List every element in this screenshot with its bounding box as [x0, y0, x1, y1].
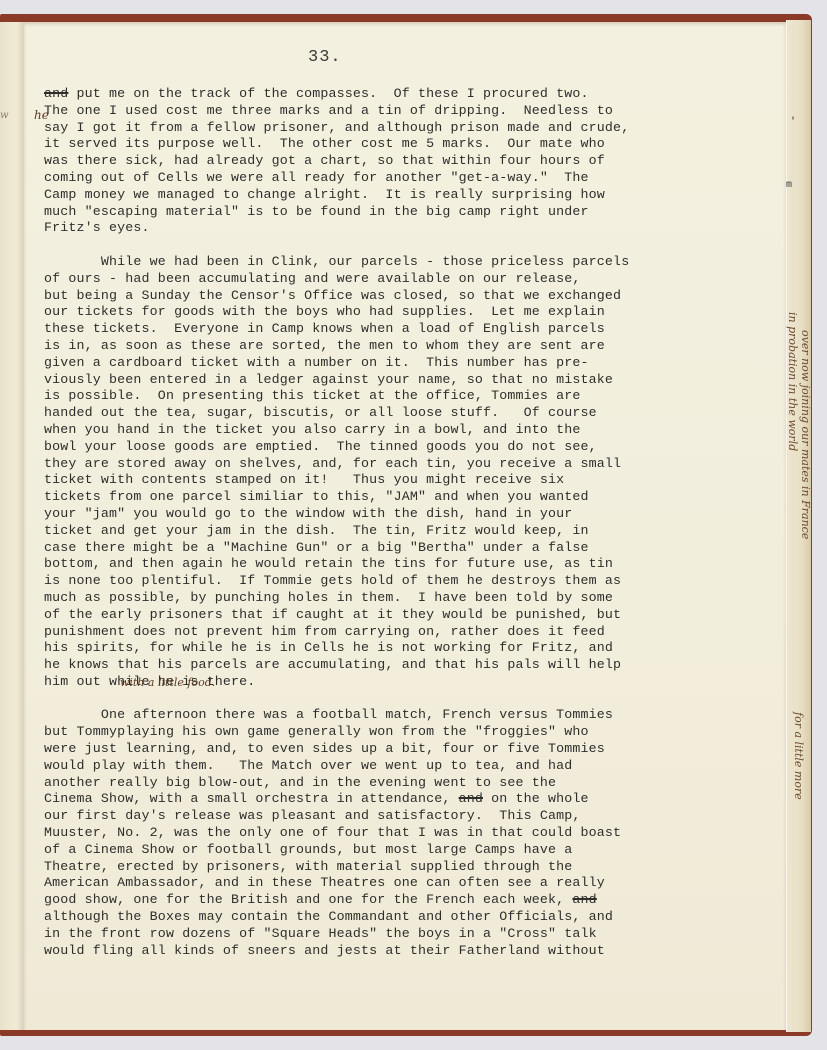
text-line: our first day's release was pleasant and… — [44, 808, 744, 825]
left-edge-mark: w — [0, 110, 9, 121]
text-line: say I got it from a fellow prisoner, and… — [44, 120, 744, 137]
text-line: these tickets. Everyone in Camp knows wh… — [44, 321, 744, 338]
text-line: American Ambassador, and in these Theatr… — [44, 875, 744, 892]
text-line: ticket and get your jam in the dish. The… — [44, 523, 744, 540]
struck-word: and — [459, 791, 483, 806]
text-line: of the early prisoners that if caught at… — [44, 607, 744, 624]
text-line: our tickets for goods with the boys who … — [44, 304, 744, 321]
text-line: another really big blow-out, and in the … — [44, 775, 744, 792]
text-line: While we had been in Clink, our parcels … — [44, 254, 744, 271]
handwritten-insertion: with a little food. — [120, 676, 215, 689]
text-line: is none too plentiful. If Tommie gets ho… — [44, 573, 744, 590]
text-line: but Tommyplaying his own game generally … — [44, 724, 744, 741]
text-line: it served its purpose well. The other co… — [44, 136, 744, 153]
text-line: ticket with contents stamped on it! Thus… — [44, 472, 744, 489]
right-margin-handwriting: in probation in the world — [786, 312, 799, 451]
text-line: would fling all kinds of sneers and jest… — [44, 943, 744, 960]
text-line: Camp money we managed to change alright.… — [44, 187, 744, 204]
text-line: tickets from one parcel similiar to this… — [44, 489, 744, 506]
text-line: The one I used cost me three marks and a… — [44, 103, 744, 120]
text-line: good show, one for the British and one f… — [44, 892, 744, 909]
text-line: of a Cinema Show or football grounds, bu… — [44, 842, 744, 859]
text-line: in the front row dozens of "Square Heads… — [44, 926, 744, 943]
struck-word: and — [572, 892, 596, 907]
paragraph-gap — [44, 691, 744, 708]
text-line: is possible. On presenting this ticket a… — [44, 388, 744, 405]
text-line: bowl your loose goods are emptied. The t… — [44, 439, 744, 456]
text-line: viously been entered in a ledger against… — [44, 372, 744, 389]
text-line: bottom, and then again he would retain t… — [44, 556, 744, 573]
text-line: when you hand in the ticket you also car… — [44, 422, 744, 439]
text-line: One afternoon there was a football match… — [44, 707, 744, 724]
text-line: and put me on the track of the compasses… — [44, 86, 744, 103]
text-line: case there might be a "Machine Gun" or a… — [44, 540, 744, 557]
right-margin-handwriting: for a little more — [792, 712, 805, 800]
text-line: given a cardboard ticket with a number o… — [44, 355, 744, 372]
typed-body: and put me on the track of the compasses… — [44, 86, 744, 959]
struck-word: and — [44, 86, 68, 101]
paragraph-gap — [44, 237, 744, 254]
text-line: Muuster, No. 2, was the only one of four… — [44, 825, 744, 842]
text-line: much "escaping material" is to be found … — [44, 204, 744, 221]
stray-mark: ' — [790, 117, 796, 128]
text-line: coming out of Cells we were all ready fo… — [44, 170, 744, 187]
text-line: his spirits, for while he is in Cells he… — [44, 640, 744, 657]
text-line: was there sick, had already got a chart,… — [44, 153, 744, 170]
text-line: of ours - had been accumulating and were… — [44, 271, 744, 288]
text-line: would play with them. The Match over we … — [44, 758, 744, 775]
text-line: your "jam" you would go to the window wi… — [44, 506, 744, 523]
text-line: is in, as soon as these are sorted, the … — [44, 338, 744, 355]
text-line: although the Boxes may contain the Comma… — [44, 909, 744, 926]
left-page-edge — [0, 22, 25, 1030]
page-number: 33. — [308, 48, 342, 67]
text-line: much as possible, by punching holes in t… — [44, 590, 744, 607]
text-line: were just learning, and, to even sides u… — [44, 741, 744, 758]
text-line: handed out the tea, sugar, biscutis, or … — [44, 405, 744, 422]
right-margin-handwriting: over now joining our mates in France — [799, 330, 812, 539]
text-line: Fritz's eyes. — [44, 220, 744, 237]
text-line: Theatre, erected by prisoners, with mate… — [44, 859, 744, 876]
text-line: he knows that his parcels are accumulati… — [44, 657, 744, 674]
text-line: Cinema Show, with a small orchestra in a… — [44, 791, 744, 808]
text-line: but being a Sunday the Censor's Office w… — [44, 288, 744, 305]
stray-mark: m — [786, 180, 792, 191]
text-line: they are stored away on shelves, and, fo… — [44, 456, 744, 473]
text-line: punishment does not prevent him from car… — [44, 624, 744, 641]
